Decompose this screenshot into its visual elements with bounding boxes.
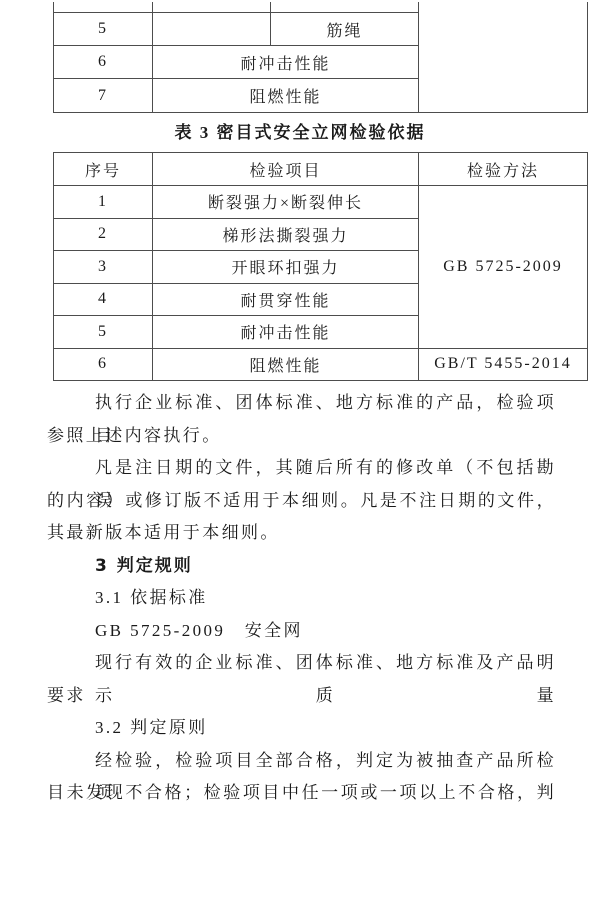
subsection-heading-3-2: 3.2 判定原则 <box>47 712 556 745</box>
cell-num: 1 <box>54 186 153 219</box>
cell-method-merged: GB 5725-2009 <box>419 186 588 349</box>
paragraph-line: 现行有效的企业标准、团体标准、地方标准及产品明示质量 <box>47 647 556 680</box>
cell-item-left <box>153 13 271 46</box>
cell-num: 3 <box>54 251 153 284</box>
cell-sub-item: 筋绳 <box>271 13 419 46</box>
cell-num: 2 <box>54 218 153 251</box>
cell-num: 4 <box>54 283 153 316</box>
cell-method: GB/T 5455-2014 <box>419 348 588 381</box>
cell-item: 耐贯穿性能 <box>153 283 419 316</box>
table-continued: 5 筋绳 6 耐冲击性能 7 阻燃性能 <box>53 2 588 113</box>
cell-partial-item <box>153 2 271 13</box>
cell-partial-num <box>54 2 153 13</box>
paragraph-line: 目未发现不合格；检验项目中任一项或一项以上不合格，判 <box>47 777 556 810</box>
section-heading-3: 3 判定规则 <box>47 550 556 583</box>
paragraph-line: 参照上述内容执行。 <box>47 420 556 453</box>
cell-item: 断裂强力×断裂伸长 <box>153 186 419 219</box>
cell-item: 阻燃性能 <box>153 348 419 381</box>
paragraph-line: 其最新版本适用于本细则。 <box>47 517 556 550</box>
table-header-row: 序号 检验项目 检验方法 <box>54 153 588 186</box>
col-header-item: 检验项目 <box>153 153 419 186</box>
cell-item: 耐冲击性能 <box>153 316 419 349</box>
cell-method-empty <box>419 2 588 113</box>
table-row: 1 断裂强力×断裂伸长 GB 5725-2009 <box>54 186 588 219</box>
paragraph-line: 的内容）或修订版不适用于本细则。凡是不注日期的文件， <box>47 485 556 518</box>
paragraph-line: 经检验，检验项目全部合格，判定为被抽查产品所检项 <box>47 745 556 778</box>
paragraph-line: 执行企业标准、团体标准、地方标准的产品，检验项目 <box>47 387 556 420</box>
col-header-method: 检验方法 <box>419 153 588 186</box>
col-header-seq: 序号 <box>54 153 153 186</box>
table3: 序号 检验项目 检验方法 1 断裂强力×断裂伸长 GB 5725-2009 2 … <box>53 152 588 381</box>
table-row-partial <box>54 2 588 13</box>
paragraph-line: 凡是注日期的文件，其随后所有的修改单（不包括勘误 <box>47 452 556 485</box>
standard-reference: GB 5725-2009 安全网 <box>47 615 556 648</box>
cell-item: 开眼环扣强力 <box>153 251 419 284</box>
cell-num: 5 <box>54 13 153 46</box>
table-row: 6 阻燃性能 GB/T 5455-2014 <box>54 348 588 381</box>
cell-num: 5 <box>54 316 153 349</box>
table3-caption: 表 3 密目式安全立网检验依据 <box>0 120 600 150</box>
cell-item: 耐冲击性能 <box>153 46 419 79</box>
body-text: 执行企业标准、团体标准、地方标准的产品，检验项目 参照上述内容执行。 凡是注日期… <box>47 387 556 810</box>
cell-num: 6 <box>54 46 153 79</box>
document-page: 5 筋绳 6 耐冲击性能 7 阻燃性能 表 3 密目式安全立网检验依据 序号 检… <box>0 0 600 899</box>
cell-partial-subitem <box>271 2 419 13</box>
subsection-heading-3-1: 3.1 依据标准 <box>47 582 556 615</box>
cell-item: 阻燃性能 <box>153 79 419 113</box>
cell-num: 7 <box>54 79 153 113</box>
cell-item: 梯形法撕裂强力 <box>153 218 419 251</box>
cell-num: 6 <box>54 348 153 381</box>
